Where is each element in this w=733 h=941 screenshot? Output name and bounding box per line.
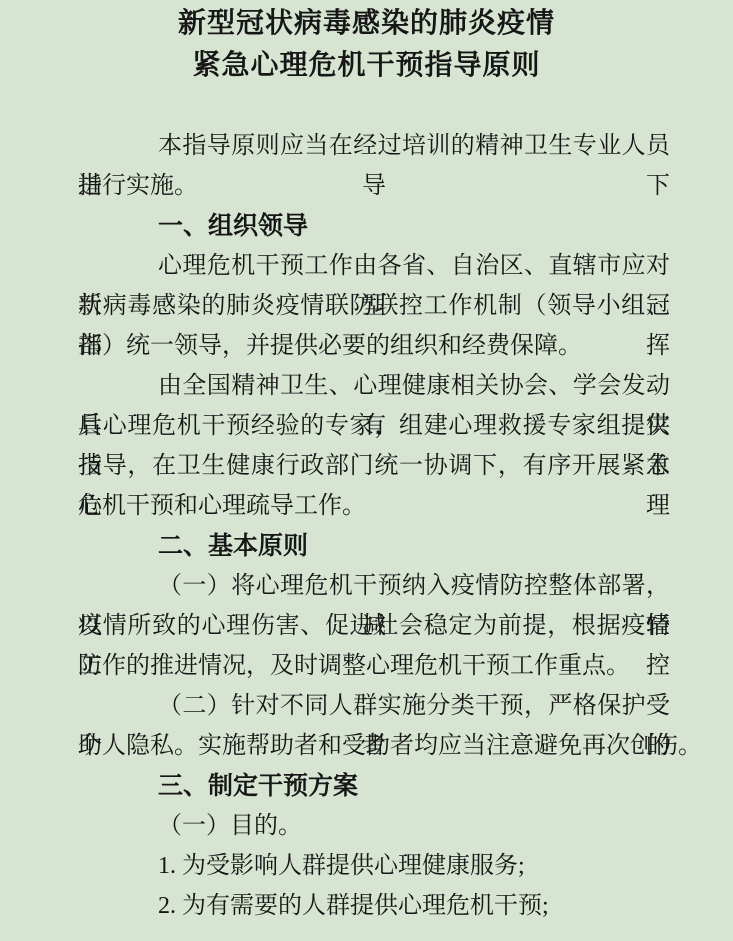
text-line: （二）针对不同人群实施分类干预，严格保护受助者的 <box>78 686 670 726</box>
section-heading: 三、制定干预方案 <box>78 766 670 806</box>
text-line: 由全国精神卫生、心理健康相关协会、学会发动具有灾 <box>78 366 670 406</box>
document-page: 新型冠状病毒感染的肺炎疫情 紧急心理危机干预指导原则 本指导原则应当在经过培训的… <box>0 0 733 941</box>
document-body: 本指导原则应当在经过培训的精神卫生专业人员指导下进行实施。一、组织领导心理危机干… <box>0 126 733 926</box>
document-title-line-2: 紧急心理危机干预指导原则 <box>0 44 733 86</box>
text-line: 指导，在卫生健康行政部门统一协调下，有序开展紧急心理 <box>78 446 670 486</box>
text-line: 心理危机干预工作由各省、自治区、直辖市应对新型冠 <box>78 246 670 286</box>
text-line: 1. 为受影响人群提供心理健康服务; <box>78 846 670 886</box>
section-heading: 一、组织领导 <box>78 206 670 246</box>
text-line: 2. 为有需要的人群提供心理危机干预; <box>78 886 670 926</box>
text-line: 本指导原则应当在经过培训的精神卫生专业人员指导下 <box>78 126 670 166</box>
text-line: 个人隐私。实施帮助者和受助者均应当注意避免再次创伤。 <box>78 726 670 766</box>
text-line: 状病毒感染的肺炎疫情联防联控工作机制（领导小组、指挥 <box>78 286 670 326</box>
text-line: 工作的推进情况，及时调整心理危机干预工作重点。 <box>78 646 670 686</box>
document-title: 新型冠状病毒感染的肺炎疫情 紧急心理危机干预指导原则 <box>0 0 733 86</box>
document-title-line-1: 新型冠状病毒感染的肺炎疫情 <box>0 2 733 44</box>
text-line: （一）目的。 <box>78 806 670 846</box>
text-line: 部）统一领导，并提供必要的组织和经费保障。 <box>78 326 670 366</box>
text-line: 疫情所致的心理伤害、促进社会稳定为前提，根据疫情防控 <box>78 606 670 646</box>
section-heading: 二、基本原则 <box>78 526 670 566</box>
text-line: （一）将心理危机干预纳入疫情防控整体部署，以减轻 <box>78 566 670 606</box>
text-line: 后心理危机干预经验的专家，组建心理救援专家组提供技术 <box>78 406 670 446</box>
